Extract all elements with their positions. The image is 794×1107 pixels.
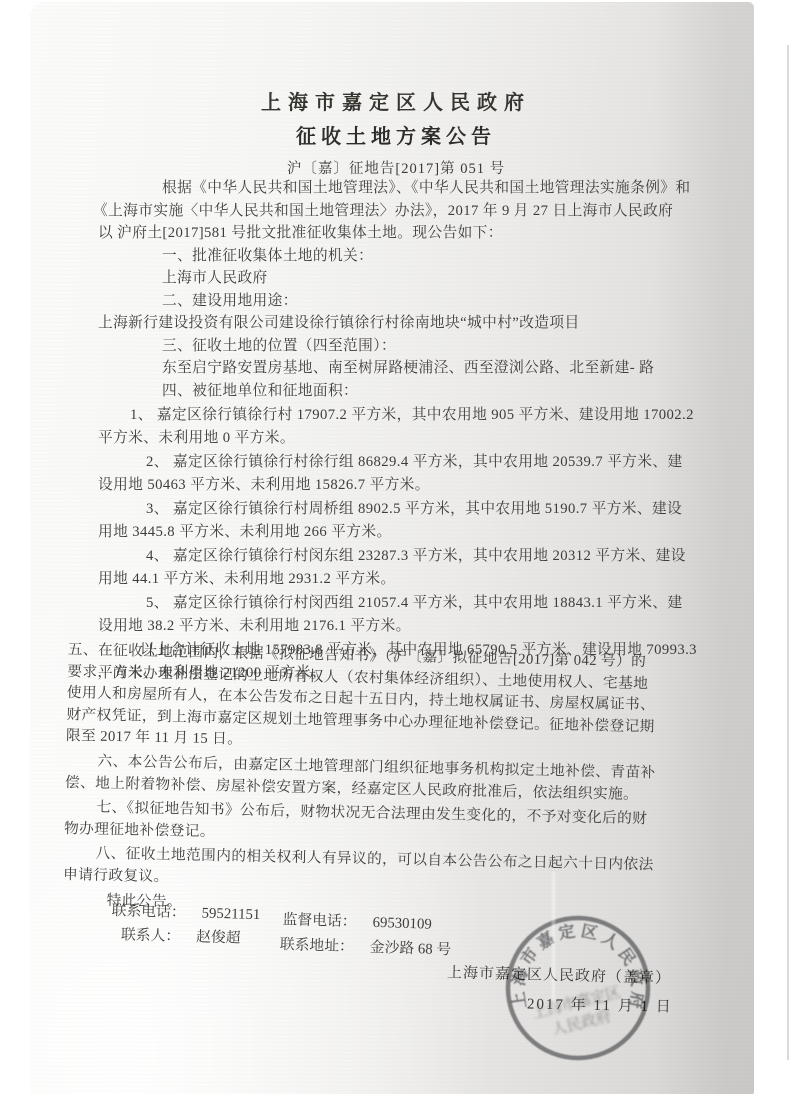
scan-edge-shadow: [787, 45, 789, 1060]
contact-person-label: 联系人：: [121, 927, 181, 945]
body-upper: 根据《中华人民共和国土地管理法》、《中华人民共和国土地管理法实施条例》和 《上海…: [98, 177, 718, 684]
parcel-3-line-2: 用地 3445.8 平方米、未利用地 266 平方米。: [98, 521, 718, 544]
section-3-body: 东至启宁路安置房基地、南至树屏路梗浦泾、西至澄浏公路、北至新建- 路: [98, 357, 718, 380]
authority-title: 上海市嘉定区人民政府: [34, 86, 758, 115]
official-seal: 上海市嘉定区人民政府 上海市嘉定区 人民政府: [497, 907, 659, 1069]
contact-block-left: 联系电话：59521151 联系人：赵俊超: [111, 899, 261, 951]
section-1-heading: 一、批准征收集体土地的机关：: [98, 245, 718, 268]
contact-phone-label: 联系电话：: [111, 903, 185, 921]
section-2-heading: 二、建设用地用途：: [98, 290, 718, 313]
parcel-5-line-1: 5、 嘉定区徐行镇徐行村闵西组 21057.4 平方米，其中农用地 18843.…: [98, 592, 718, 615]
section-2-body: 上海新行建设投资有限公司建设徐行镇徐行村徐南地块“城中村”改造项目: [98, 312, 718, 335]
parcel-1-line-2: 平方米、未利用地 0 平方米。: [98, 427, 718, 450]
supervision-phone-value: 69530109: [372, 915, 432, 933]
parcel-2-line-2: 设用地 50463 平方米、未利用地 15826.7 平方米。: [98, 474, 718, 497]
parcel-3-line-1: 3、 嘉定区徐行镇徐行村周桥组 8902.5 平方米，其中农用地 5190.7 …: [98, 498, 718, 521]
body-lower: 五、在征收土地范围内，根据《拟征地告知书》（沪〔嘉〕拟征地告[2017]第 04…: [62, 640, 720, 925]
paper-crease: [552, 872, 555, 1012]
contact-address-value: 金沙路 68 号: [370, 939, 452, 958]
contact-address-label: 联系地址：: [280, 936, 354, 954]
supervision-phone-label: 监督电话：: [282, 912, 356, 930]
parcel-5: 5、 嘉定区徐行镇徐行村闵西组 21057.4 平方米，其中农用地 18843.…: [98, 592, 718, 637]
parcel-2: 2、 嘉定区徐行镇徐行村徐行组 86829.4 平方米，其中农用地 20539.…: [98, 451, 718, 496]
contact-person-value: 赵俊超: [196, 929, 241, 946]
contact-phone-value: 59521151: [201, 906, 260, 924]
parcel-5-line-2: 设用地 38.2 平方米、未利用地 2176.1 平方米。: [98, 615, 718, 638]
scanned-document: 上海市嘉定区人民政府 征收土地方案公告 沪〔嘉〕征地告[2017]第 051 号…: [0, 0, 794, 1107]
section-1-body: 上海市人民政府: [98, 267, 718, 290]
document-number: 沪〔嘉〕征地告[2017]第 051 号: [34, 157, 758, 178]
intro-line-2: 《上海市实施〈中华人民共和国土地管理法〉办法》，2017 年 9 月 27 日上…: [93, 200, 718, 223]
parcel-4: 4、 嘉定区徐行镇徐行村闵东组 23287.3 平方米，其中农用地 20312 …: [98, 545, 718, 590]
contact-person-row: 联系人：赵俊超: [121, 923, 260, 951]
parcel-4-line-2: 用地 44.1 平方米、未利用地 2931.2 平方米。: [98, 568, 718, 591]
intro-line-1: 根据《中华人民共和国土地管理法》、《中华人民共和国土地管理法实施条例》和: [98, 177, 718, 200]
parcel-3: 3、 嘉定区徐行镇徐行村周桥组 8902.5 平方米，其中农用地 5190.7 …: [98, 498, 718, 543]
announcement-title: 征收土地方案公告: [34, 120, 758, 149]
intro-line-3: 以 沪府土[2017]581 号批文批准征收集体土地。现公告如下：: [98, 222, 718, 245]
section-3-heading: 三、征收土地的位置（四至范围）：: [98, 335, 718, 358]
section-4-heading: 四、被征地单位和征地面积：: [98, 380, 718, 403]
parcel-1-line-1: 1、 嘉定区徐行镇徐行村 17907.2 平方米，其中农用地 905 平方米、建…: [98, 404, 718, 427]
parcel-2-line-1: 2、 嘉定区徐行镇徐行村徐行组 86829.4 平方米，其中农用地 20539.…: [98, 451, 718, 474]
parcel-1: 1、 嘉定区徐行镇徐行村 17907.2 平方米，其中农用地 905 平方米、建…: [98, 404, 718, 449]
parcel-4-line-1: 4、 嘉定区徐行镇徐行村闵东组 23287.3 平方米，其中农用地 20312 …: [98, 545, 718, 568]
contact-block-right: 监督电话：69530109 联系地址：金沙路 68 号: [281, 908, 452, 962]
